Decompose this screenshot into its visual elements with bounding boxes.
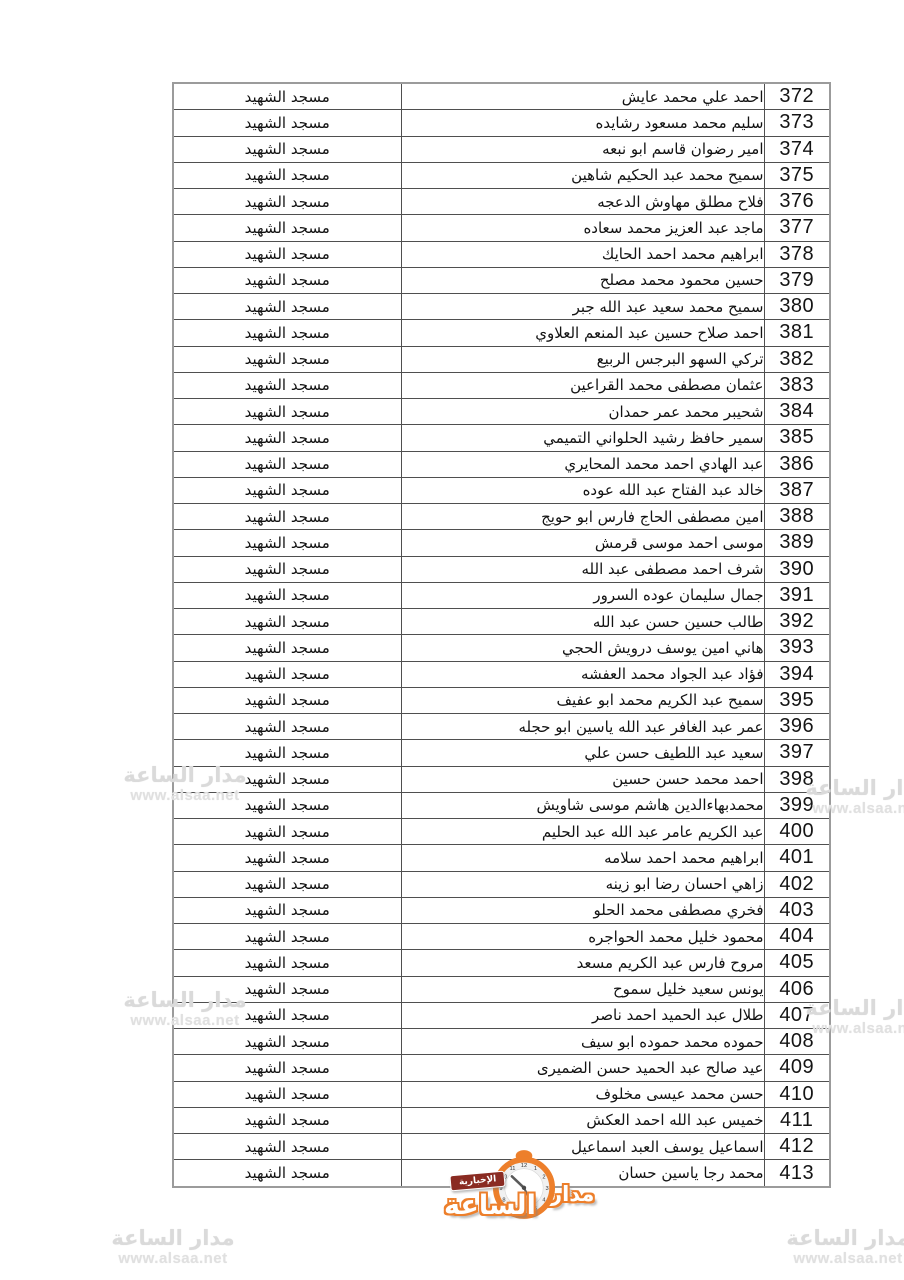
- table-row: 396عمر عبد الغافر عبد الله ياسين ابو حجل…: [173, 714, 830, 740]
- table-row: 399محمدبهاءالدين هاشم موسى شاويشمسجد الش…: [173, 792, 830, 818]
- person-name-cell: امين مصطفى الحاج فارس ابو حويج: [401, 504, 764, 530]
- person-name-cell: فلاح مطلق مهاوش الدعجه: [401, 189, 764, 215]
- row-number-cell: 406: [764, 976, 830, 1002]
- row-number-cell: 375: [764, 162, 830, 188]
- mosque-name-cell: مسجد الشهيد: [173, 83, 401, 110]
- row-number-cell: 402: [764, 871, 830, 897]
- person-name-cell: محمدبهاءالدين هاشم موسى شاويش: [401, 792, 764, 818]
- mosque-name-cell: مسجد الشهيد: [173, 556, 401, 582]
- person-name-cell: محمود خليل محمد الحواجره: [401, 924, 764, 950]
- clock-number: 11: [509, 1166, 515, 1172]
- mosque-name-cell: مسجد الشهيد: [173, 897, 401, 923]
- person-name-cell: فؤاد عبد الجواد محمد العفشه: [401, 661, 764, 687]
- mosque-name-cell: مسجد الشهيد: [173, 792, 401, 818]
- row-number-cell: 399: [764, 792, 830, 818]
- row-number-cell: 383: [764, 372, 830, 398]
- mosque-name-cell: مسجد الشهيد: [173, 1134, 401, 1160]
- row-number-cell: 408: [764, 1029, 830, 1055]
- table-row: 385سمير حافظ رشيد الحلواني التميميمسجد ا…: [173, 425, 830, 451]
- person-name-cell: حموده محمد حموده ابو سيف: [401, 1029, 764, 1055]
- mosque-name-cell: مسجد الشهيد: [173, 1055, 401, 1081]
- mosque-name-cell: مسجد الشهيد: [173, 1002, 401, 1028]
- person-name-cell: شرف احمد مصطفى عبد الله: [401, 556, 764, 582]
- mosque-name-cell: مسجد الشهيد: [173, 582, 401, 608]
- table-row: 393هاني امين يوسف درويش الحجيمسجد الشهيد: [173, 635, 830, 661]
- mosque-name-cell: مسجد الشهيد: [173, 294, 401, 320]
- person-name-cell: عبد الكريم عامر عبد الله عبد الحليم: [401, 819, 764, 845]
- row-number-cell: 380: [764, 294, 830, 320]
- table-row: 398احمد محمد حسن حسينمسجد الشهيد: [173, 766, 830, 792]
- table-row: 373سليم محمد مسعود رشايدهمسجد الشهيد: [173, 110, 830, 136]
- person-name-cell: احمد صلاح حسين عبد المنعم العلاوي: [401, 320, 764, 346]
- person-name-cell: عمر عبد الغافر عبد الله ياسين ابو حجله: [401, 714, 764, 740]
- watermark-bottom-right: مدار الساعة www.alsaa.net: [733, 1226, 904, 1267]
- row-number-cell: 373: [764, 110, 830, 136]
- table-row: 400عبد الكريم عامر عبد الله عبد الحليممس…: [173, 819, 830, 845]
- mosque-name-cell: مسجد الشهيد: [173, 346, 401, 372]
- table-row: 405مروح فارس عبد الكريم مسعدمسجد الشهيد: [173, 950, 830, 976]
- mosque-name-cell: مسجد الشهيد: [173, 110, 401, 136]
- row-number-cell: 379: [764, 267, 830, 293]
- person-name-cell: سميح محمد سعيد عبد الله جبر: [401, 294, 764, 320]
- person-name-cell: موسى احمد موسى قرمش: [401, 530, 764, 556]
- table-row: 380سميح محمد سعيد عبد الله جبرمسجد الشهي…: [173, 294, 830, 320]
- row-number-cell: 389: [764, 530, 830, 556]
- table-row: 378ابراهيم محمد احمد الحايكمسجد الشهيد: [173, 241, 830, 267]
- row-number-cell: 376: [764, 189, 830, 215]
- row-number-cell: 385: [764, 425, 830, 451]
- records-table-body: 372احمد علي محمد عايشمسجد الشهيد373سليم …: [173, 83, 830, 1187]
- table-row: 397سعيد عبد اللطيف حسن عليمسجد الشهيد: [173, 740, 830, 766]
- mosque-name-cell: مسجد الشهيد: [173, 740, 401, 766]
- clock-number: 3: [545, 1186, 548, 1192]
- clock-number: 1: [534, 1166, 537, 1172]
- table-row: 389موسى احمد موسى قرمشمسجد الشهيد: [173, 530, 830, 556]
- watermark-site-name: مدار الساعة: [733, 1226, 904, 1250]
- person-name-cell: عيد صالح عبد الحميد حسن الضميرى: [401, 1055, 764, 1081]
- person-name-cell: هاني امين يوسف درويش الحجي: [401, 635, 764, 661]
- watermark-site-url: www.alsaa.net: [58, 1250, 288, 1267]
- row-number-cell: 397: [764, 740, 830, 766]
- mosque-name-cell: مسجد الشهيد: [173, 477, 401, 503]
- mosque-name-cell: مسجد الشهيد: [173, 451, 401, 477]
- mosque-name-cell: مسجد الشهيد: [173, 372, 401, 398]
- site-logo: مدار 121234567891011 الساعة الإخبارية: [438, 1138, 618, 1238]
- table-row: 384شحيبر محمد عمر حمدانمسجد الشهيد: [173, 399, 830, 425]
- person-name-cell: احمد محمد حسن حسين: [401, 766, 764, 792]
- person-name-cell: سمير حافظ رشيد الحلواني التميمي: [401, 425, 764, 451]
- logo-brand-word-madar: مدار: [550, 1184, 594, 1205]
- table-row: 383عثمان مصطفى محمد القراعينمسجد الشهيد: [173, 372, 830, 398]
- table-row: 403فخري مصطفى محمد الحلومسجد الشهيد: [173, 897, 830, 923]
- mosque-name-cell: مسجد الشهيد: [173, 215, 401, 241]
- row-number-cell: 393: [764, 635, 830, 661]
- table-row: 377ماجد عبد العزيز محمد سعادهمسجد الشهيد: [173, 215, 830, 241]
- person-name-cell: تركي السهو البرجس الربيع: [401, 346, 764, 372]
- mosque-name-cell: مسجد الشهيد: [173, 189, 401, 215]
- person-name-cell: جمال سليمان عوده السرور: [401, 582, 764, 608]
- person-name-cell: خميس عبد الله احمد العكش: [401, 1107, 764, 1133]
- table-row: 388امين مصطفى الحاج فارس ابو حويجمسجد ال…: [173, 504, 830, 530]
- person-name-cell: امير رضوان قاسم ابو نبعه: [401, 136, 764, 162]
- row-number-cell: 386: [764, 451, 830, 477]
- person-name-cell: حسن محمد عيسى مخلوف: [401, 1081, 764, 1107]
- table-row: 404محمود خليل محمد الحواجرهمسجد الشهيد: [173, 924, 830, 950]
- person-name-cell: طالب حسين حسن عبد الله: [401, 609, 764, 635]
- mosque-name-cell: مسجد الشهيد: [173, 530, 401, 556]
- person-name-cell: زاهي احسان رضا ابو زينه: [401, 871, 764, 897]
- table-row: 386عبد الهادي احمد محمد المحايريمسجد الش…: [173, 451, 830, 477]
- row-number-cell: 387: [764, 477, 830, 503]
- table-row: 408حموده محمد حموده ابو سيفمسجد الشهيد: [173, 1029, 830, 1055]
- table-row: 390شرف احمد مصطفى عبد اللهمسجد الشهيد: [173, 556, 830, 582]
- row-number-cell: 396: [764, 714, 830, 740]
- document-page: 372احمد علي محمد عايشمسجد الشهيد373سليم …: [0, 0, 904, 1280]
- mosque-name-cell: مسجد الشهيد: [173, 714, 401, 740]
- row-number-cell: 374: [764, 136, 830, 162]
- row-number-cell: 391: [764, 582, 830, 608]
- person-name-cell: سميح عبد الكريم محمد ابو عفيف: [401, 687, 764, 713]
- table-row: 379حسين محمود محمد مصلحمسجد الشهيد: [173, 267, 830, 293]
- row-number-cell: 410: [764, 1081, 830, 1107]
- person-name-cell: ابراهيم محمد احمد سلامه: [401, 845, 764, 871]
- mosque-name-cell: مسجد الشهيد: [173, 845, 401, 871]
- mosque-name-cell: مسجد الشهيد: [173, 1160, 401, 1187]
- mosque-name-cell: مسجد الشهيد: [173, 1107, 401, 1133]
- row-number-cell: 377: [764, 215, 830, 241]
- logo-brand-word-alsaa: الساعة: [444, 1192, 536, 1219]
- table-row: 407طلال عبد الحميد احمد ناصرمسجد الشهيد: [173, 1002, 830, 1028]
- row-number-cell: 384: [764, 399, 830, 425]
- mosque-name-cell: مسجد الشهيد: [173, 1081, 401, 1107]
- row-number-cell: 401: [764, 845, 830, 871]
- row-number-cell: 398: [764, 766, 830, 792]
- person-name-cell: ماجد عبد العزيز محمد سعاده: [401, 215, 764, 241]
- mosque-name-cell: مسجد الشهيد: [173, 320, 401, 346]
- mosque-name-cell: مسجد الشهيد: [173, 136, 401, 162]
- person-name-cell: عثمان مصطفى محمد القراعين: [401, 372, 764, 398]
- table-row: 374امير رضوان قاسم ابو نبعهمسجد الشهيد: [173, 136, 830, 162]
- mosque-name-cell: مسجد الشهيد: [173, 976, 401, 1002]
- person-name-cell: ابراهيم محمد احمد الحايك: [401, 241, 764, 267]
- mosque-name-cell: مسجد الشهيد: [173, 399, 401, 425]
- row-number-cell: 381: [764, 320, 830, 346]
- person-name-cell: خالد عبد الفتاح عبد الله عوده: [401, 477, 764, 503]
- table-row: 410حسن محمد عيسى مخلوفمسجد الشهيد: [173, 1081, 830, 1107]
- mosque-name-cell: مسجد الشهيد: [173, 661, 401, 687]
- row-number-cell: 409: [764, 1055, 830, 1081]
- mosque-name-cell: مسجد الشهيد: [173, 687, 401, 713]
- mosque-name-cell: مسجد الشهيد: [173, 241, 401, 267]
- records-table: 372احمد علي محمد عايشمسجد الشهيد373سليم …: [172, 82, 831, 1188]
- table-row: 401ابراهيم محمد احمد سلامهمسجد الشهيد: [173, 845, 830, 871]
- row-number-cell: 390: [764, 556, 830, 582]
- mosque-name-cell: مسجد الشهيد: [173, 1029, 401, 1055]
- table-row: 392طالب حسين حسن عبد اللهمسجد الشهيد: [173, 609, 830, 635]
- person-name-cell: طلال عبد الحميد احمد ناصر: [401, 1002, 764, 1028]
- row-number-cell: 404: [764, 924, 830, 950]
- table-row: 387خالد عبد الفتاح عبد الله عودهمسجد الش…: [173, 477, 830, 503]
- row-number-cell: 388: [764, 504, 830, 530]
- person-name-cell: احمد علي محمد عايش: [401, 83, 764, 110]
- person-name-cell: يونس سعيد خليل سموح: [401, 976, 764, 1002]
- watermark-site-url: www.alsaa.net: [733, 1250, 904, 1267]
- table-row: 395سميح عبد الكريم محمد ابو عفيفمسجد الش…: [173, 687, 830, 713]
- person-name-cell: عبد الهادي احمد محمد المحايري: [401, 451, 764, 477]
- person-name-cell: شحيبر محمد عمر حمدان: [401, 399, 764, 425]
- table-row: 382تركي السهو البرجس الربيعمسجد الشهيد: [173, 346, 830, 372]
- row-number-cell: 382: [764, 346, 830, 372]
- person-name-cell: سميح محمد عبد الحكيم شاهين: [401, 162, 764, 188]
- table-row: 381احمد صلاح حسين عبد المنعم العلاويمسجد…: [173, 320, 830, 346]
- mosque-name-cell: مسجد الشهيد: [173, 162, 401, 188]
- mosque-name-cell: مسجد الشهيد: [173, 425, 401, 451]
- mosque-name-cell: مسجد الشهيد: [173, 924, 401, 950]
- row-number-cell: 400: [764, 819, 830, 845]
- table-row: 402زاهي احسان رضا ابو زينهمسجد الشهيد: [173, 871, 830, 897]
- mosque-name-cell: مسجد الشهيد: [173, 766, 401, 792]
- mosque-name-cell: مسجد الشهيد: [173, 267, 401, 293]
- row-number-cell: 411: [764, 1107, 830, 1133]
- person-name-cell: فخري مصطفى محمد الحلو: [401, 897, 764, 923]
- table-row: 391جمال سليمان عوده السرورمسجد الشهيد: [173, 582, 830, 608]
- person-name-cell: مروح فارس عبد الكريم مسعد: [401, 950, 764, 976]
- row-number-cell: 405: [764, 950, 830, 976]
- mosque-name-cell: مسجد الشهيد: [173, 950, 401, 976]
- row-number-cell: 407: [764, 1002, 830, 1028]
- table-row: 411خميس عبد الله احمد العكشمسجد الشهيد: [173, 1107, 830, 1133]
- mosque-name-cell: مسجد الشهيد: [173, 504, 401, 530]
- row-number-cell: 403: [764, 897, 830, 923]
- row-number-cell: 392: [764, 609, 830, 635]
- person-name-cell: حسين محمود محمد مصلح: [401, 267, 764, 293]
- watermark-bottom-left: مدار الساعة www.alsaa.net: [58, 1226, 288, 1267]
- table-row: 406يونس سعيد خليل سموحمسجد الشهيد: [173, 976, 830, 1002]
- mosque-name-cell: مسجد الشهيد: [173, 635, 401, 661]
- row-number-cell: 413: [764, 1160, 830, 1187]
- mosque-name-cell: مسجد الشهيد: [173, 819, 401, 845]
- row-number-cell: 412: [764, 1134, 830, 1160]
- table-row: 372احمد علي محمد عايشمسجد الشهيد: [173, 83, 830, 110]
- watermark-site-name: مدار الساعة: [58, 1226, 288, 1250]
- row-number-cell: 378: [764, 241, 830, 267]
- mosque-name-cell: مسجد الشهيد: [173, 609, 401, 635]
- clock-number: 2: [542, 1174, 545, 1180]
- person-name-cell: سعيد عبد اللطيف حسن علي: [401, 740, 764, 766]
- table-row: 376فلاح مطلق مهاوش الدعجهمسجد الشهيد: [173, 189, 830, 215]
- row-number-cell: 395: [764, 687, 830, 713]
- clock-number: 12: [521, 1163, 527, 1169]
- table-row: 394فؤاد عبد الجواد محمد العفشهمسجد الشهي…: [173, 661, 830, 687]
- table-row: 409عيد صالح عبد الحميد حسن الضميرىمسجد ا…: [173, 1055, 830, 1081]
- row-number-cell: 394: [764, 661, 830, 687]
- mosque-name-cell: مسجد الشهيد: [173, 871, 401, 897]
- person-name-cell: سليم محمد مسعود رشايده: [401, 110, 764, 136]
- row-number-cell: 372: [764, 83, 830, 110]
- table-row: 375سميح محمد عبد الحكيم شاهينمسجد الشهيد: [173, 162, 830, 188]
